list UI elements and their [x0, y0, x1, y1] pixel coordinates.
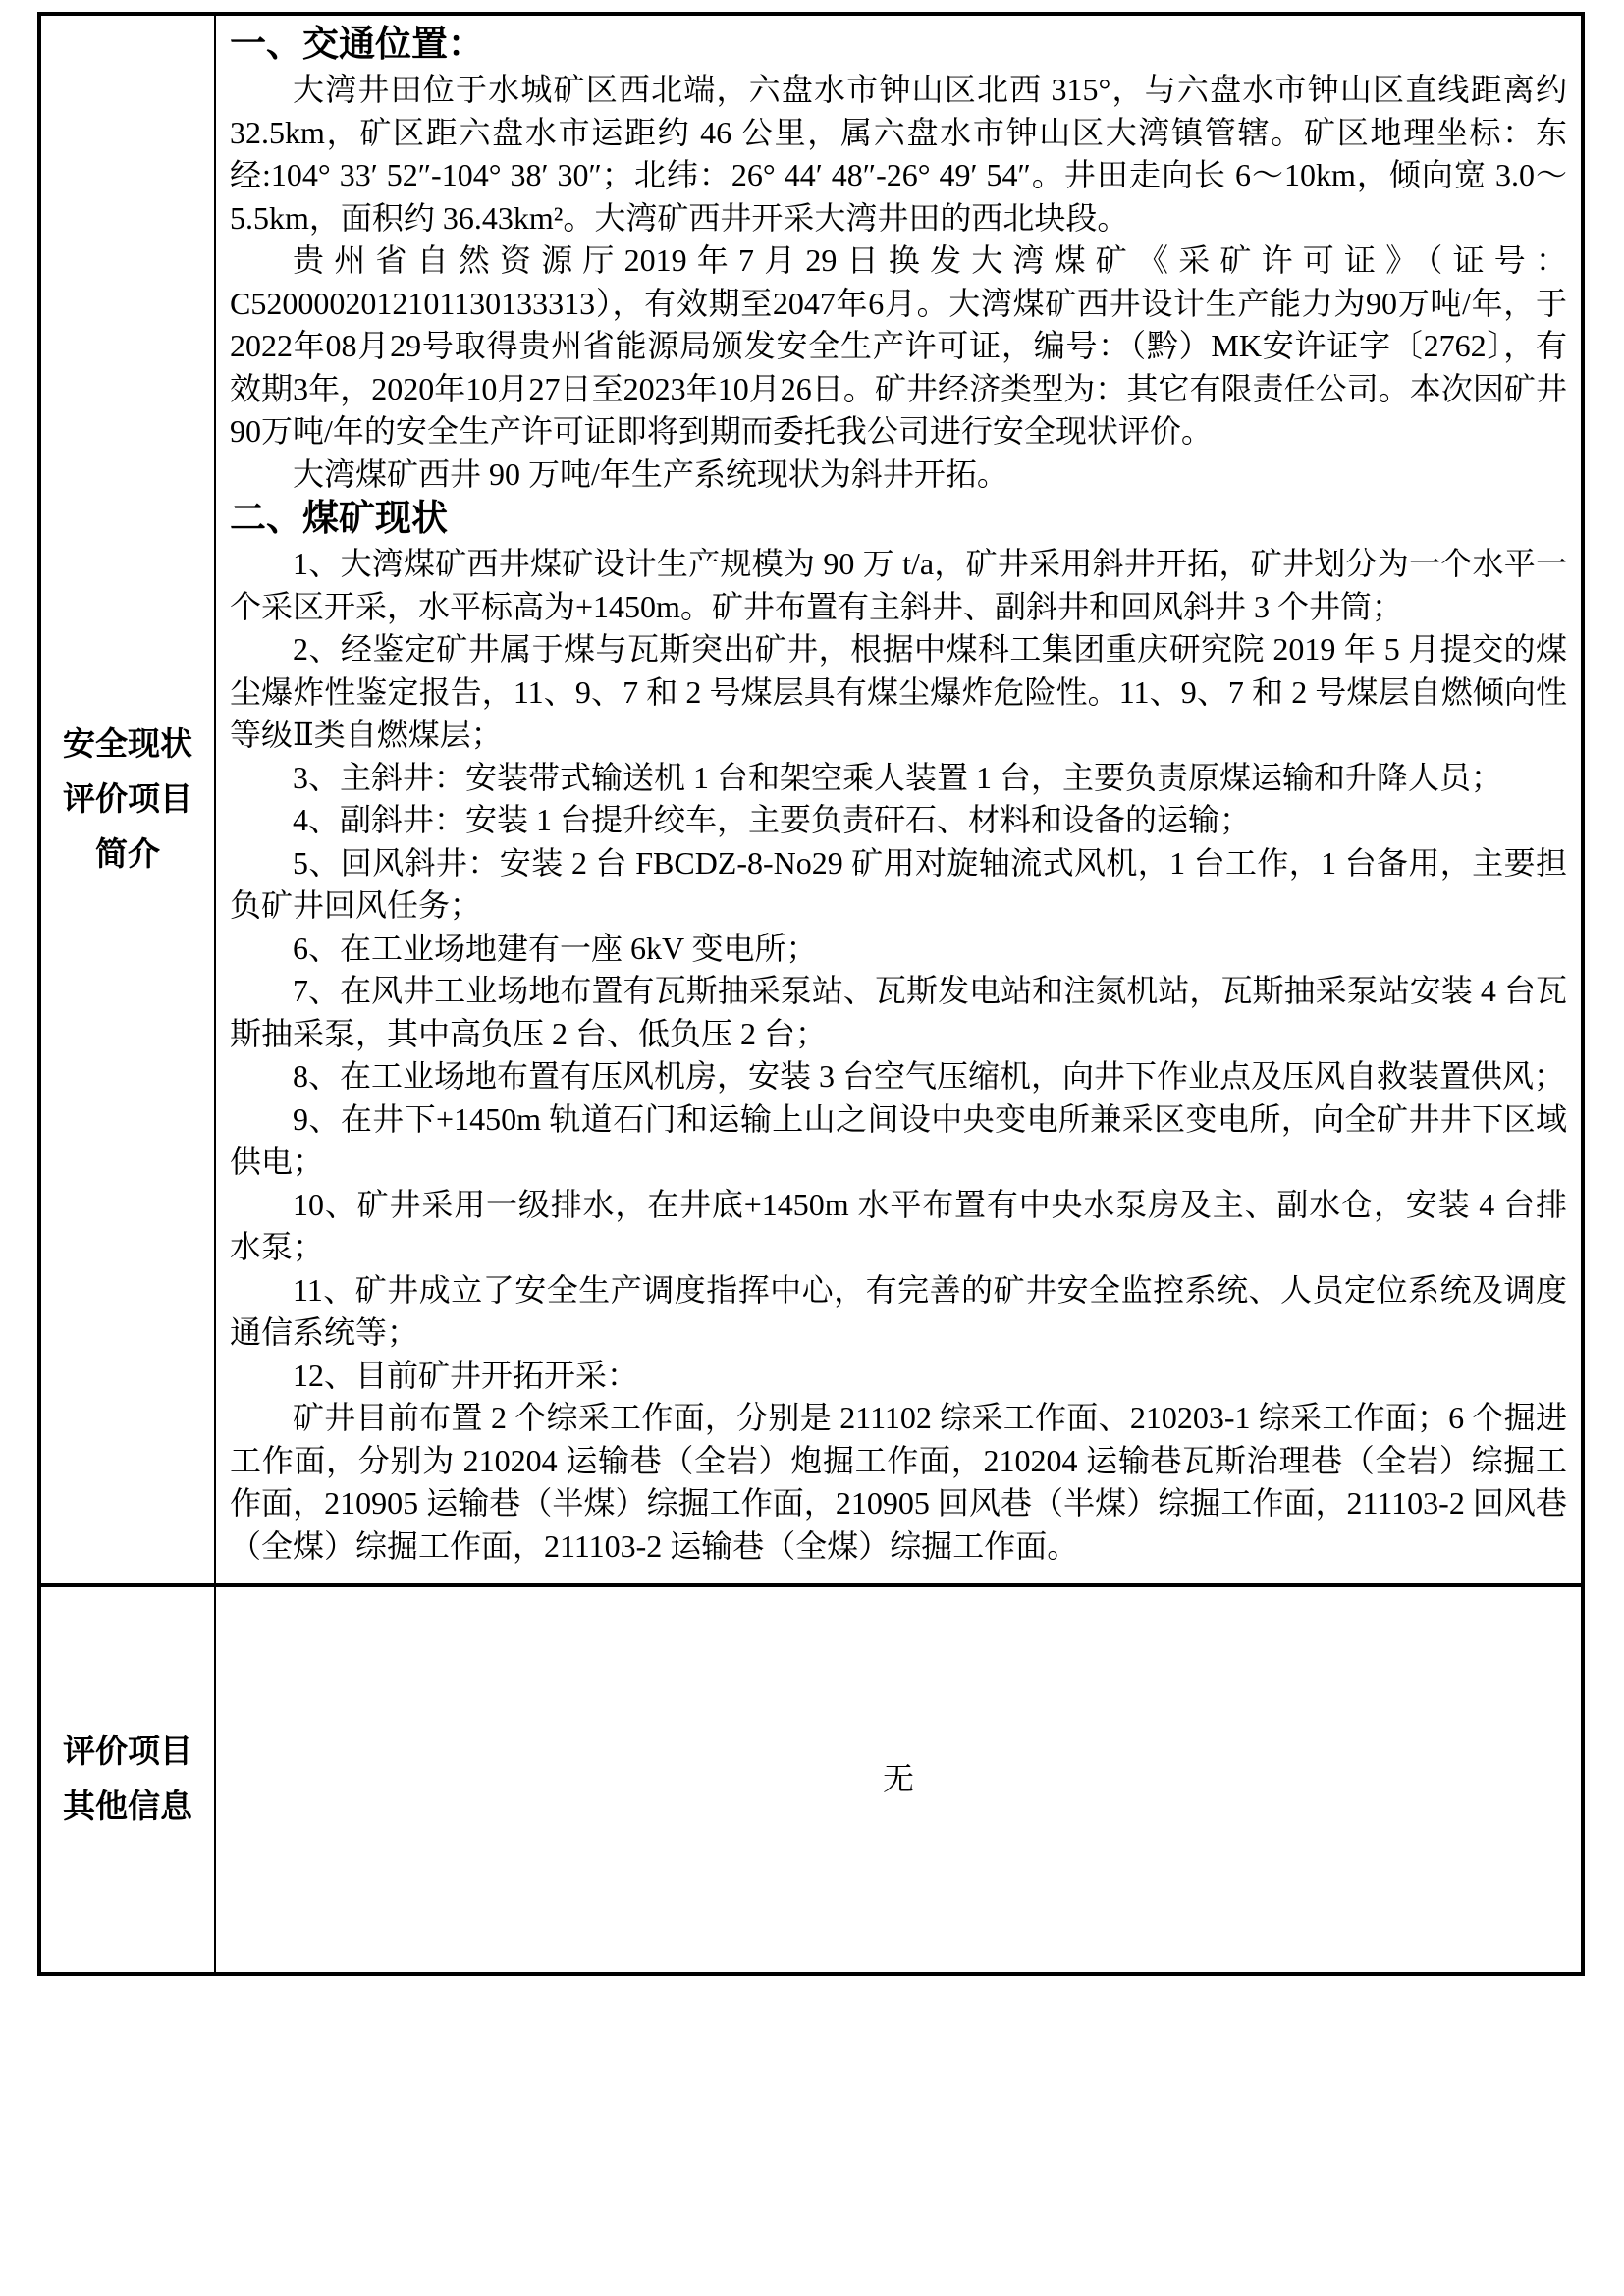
document-page: 安全现状 评价项目 简介 一、交通位置： 大湾井田位于水城矿区西北端，六盘水市钟…	[0, 0, 1624, 2296]
paragraph: 大湾煤矿西井 90 万吨/年生产系统现状为斜井开拓。	[230, 454, 1567, 497]
paragraph: 矿井目前布置 2 个综采工作面，分别是 211102 综采工作面、210203-…	[230, 1397, 1567, 1568]
paragraph: 9、在井下+1450m 轨道石门和运输上山之间设中央变电所兼采区变电所，向全矿井…	[230, 1098, 1567, 1184]
evaluation-table: 安全现状 评价项目 简介 一、交通位置： 大湾井田位于水城矿区西北端，六盘水市钟…	[37, 12, 1585, 1976]
other-info-value: 无	[883, 1758, 914, 1800]
row-label-line: 评价项目	[63, 1725, 192, 1780]
paragraph: 3、主斜井：安装带式输送机 1 台和架空乘人装置 1 台，主要负责原煤运输和升降…	[230, 757, 1567, 800]
table-row-safety-intro: 安全现状 评价项目 简介 一、交通位置： 大湾井田位于水城矿区西北端，六盘水市钟…	[41, 16, 1581, 1587]
row-label-other-info: 评价项目 其他信息	[41, 1587, 216, 1972]
paragraph: 11、矿井成立了安全生产调度指挥中心，有完善的矿井安全监控系统、人员定位系统及调…	[230, 1269, 1567, 1355]
row-label-line: 安全现状	[63, 718, 192, 773]
paragraph: 6、在工业场地建有一座 6kV 变电所；	[230, 928, 1567, 971]
row-label-safety-intro: 安全现状 评价项目 简介	[41, 16, 216, 1583]
paragraph: 7、在风井工业场地布置有瓦斯抽采泵站、瓦斯发电站和注氮机站，瓦斯抽采泵站安装 4…	[230, 970, 1567, 1055]
paragraph: 1、大湾煤矿西井煤矿设计生产规模为 90 万 t/a，矿井采用斜井开拓，矿井划分…	[230, 543, 1567, 628]
paragraph: 10、矿井采用一级排水，在井底+1450m 水平布置有中央水泵房及主、副水仓，安…	[230, 1184, 1567, 1269]
paragraph: 8、在工业场地布置有压风机房，安装 3 台空气压缩机，向井下作业点及压风自救装置…	[230, 1055, 1567, 1098]
paragraph: 2、经鉴定矿井属于煤与瓦斯突出矿井，根据中煤科工集团重庆研究院 2019 年 5…	[230, 628, 1567, 757]
row-label-line: 其他信息	[63, 1780, 192, 1835]
cell-safety-intro-content: 一、交通位置： 大湾井田位于水城矿区西北端，六盘水市钟山区北西 315°，与六盘…	[216, 16, 1581, 1583]
paragraph: 贵州省自然资源厅2019年7月29日换发大湾煤矿《采矿许可证》（证号：C5200…	[230, 240, 1567, 454]
row-label-line: 简介	[95, 828, 160, 882]
section-heading-traffic-location: 一、交通位置：	[230, 22, 1567, 69]
paragraph: 4、副斜井：安装 1 台提升绞车，主要负责矸石、材料和设备的运输；	[230, 799, 1567, 842]
paragraph: 5、回风斜井：安装 2 台 FBCDZ-8-No29 矿用对旋轴流式风机，1 台…	[230, 842, 1567, 928]
cell-other-info-content: 无	[216, 1587, 1581, 1972]
table-row-other-info: 评价项目 其他信息 无	[41, 1587, 1581, 1972]
row-label-line: 评价项目	[63, 773, 192, 828]
section-heading-mine-status: 二、煤矿现状	[230, 496, 1567, 543]
paragraph: 大湾井田位于水城矿区西北端，六盘水市钟山区北西 315°，与六盘水市钟山区直线距…	[230, 69, 1567, 240]
paragraph: 12、目前矿井开拓开采：	[230, 1355, 1567, 1398]
